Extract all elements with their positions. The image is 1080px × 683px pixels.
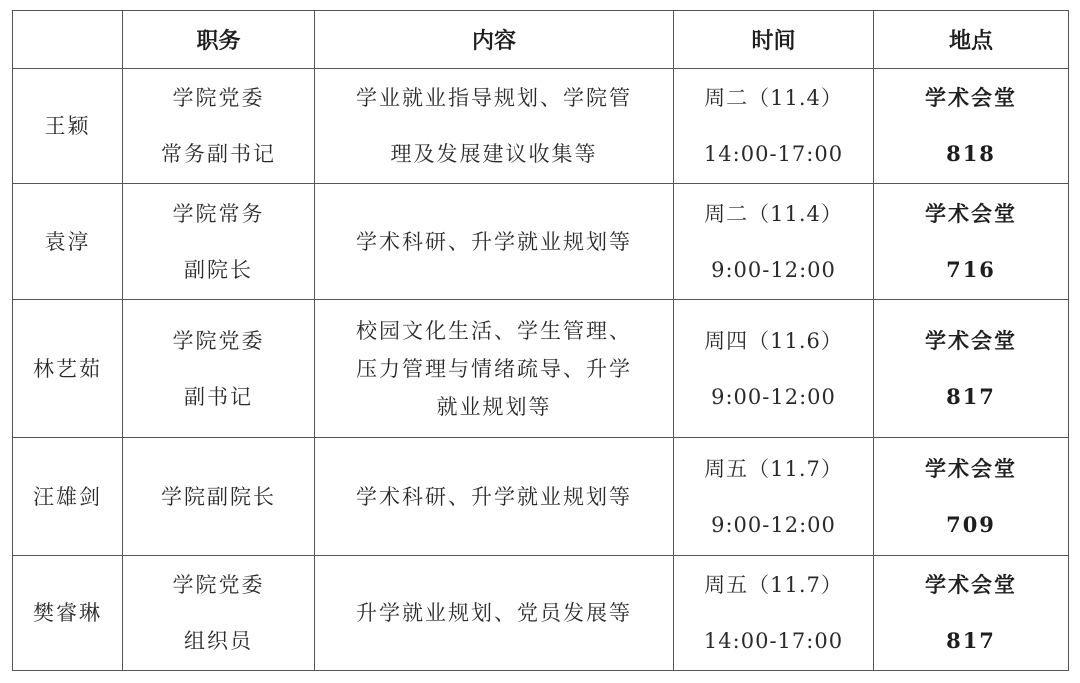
time-range: 14:00-17:00 (674, 126, 873, 182)
content-line: 学术科研、升学就业规划等 (321, 478, 667, 516)
cell-content: 学业就业指导规划、学院管 理及发展建议收集等 (315, 69, 674, 184)
content-line: 压力管理与情绪疏导、升学 (321, 350, 667, 388)
header-content: 内容 (315, 11, 674, 69)
time-day: 周五（11.7） (674, 441, 873, 497)
content-line: 就业规划等 (321, 388, 667, 426)
table-row: 樊睿琳 学院党委 组织员 升学就业规划、党员发展等 周五（11.7） 14:00… (13, 556, 1069, 671)
cell-time: 周四（11.6） 9:00-12:00 (674, 300, 874, 438)
time-range: 9:00-12:00 (674, 242, 873, 298)
location-room: 818 (874, 126, 1068, 182)
location-room: 817 (874, 613, 1068, 669)
time-day: 周五（11.7） (674, 557, 873, 613)
position-line: 副书记 (123, 369, 314, 425)
cell-content: 学术科研、升学就业规划等 (315, 184, 674, 300)
cell-position: 学院副院长 (123, 438, 315, 556)
position-line: 学院党委 (123, 313, 314, 369)
cell-content: 校园文化生活、学生管理、 压力管理与情绪疏导、升学 就业规划等 (315, 300, 674, 438)
cell-location: 学术会堂 817 (874, 300, 1069, 438)
time-range: 9:00-12:00 (674, 369, 873, 425)
time-day: 周四（11.6） (674, 313, 873, 369)
content-line: 升学就业规划、党员发展等 (321, 594, 667, 632)
cell-location: 学术会堂 818 (874, 69, 1069, 184)
header-position: 职务 (123, 11, 315, 69)
cell-time: 周二（11.4） 14:00-17:00 (674, 69, 874, 184)
cell-time: 周五（11.7） 9:00-12:00 (674, 438, 874, 556)
table-row: 王颖 学院党委 常务副书记 学业就业指导规划、学院管 理及发展建议收集等 周二（… (13, 69, 1069, 184)
location-building: 学术会堂 (874, 186, 1068, 242)
location-room: 716 (874, 242, 1068, 298)
location-room: 709 (874, 497, 1068, 553)
cell-position: 学院常务 副院长 (123, 184, 315, 300)
position-line: 学院党委 (123, 557, 314, 613)
location-building: 学术会堂 (874, 313, 1068, 369)
header-name (13, 11, 123, 69)
position-line: 常务副书记 (123, 126, 314, 182)
cell-name: 樊睿琳 (13, 556, 123, 671)
position-line: 学院党委 (123, 70, 314, 126)
cell-name: 袁淳 (13, 184, 123, 300)
cell-position: 学院党委 组织员 (123, 556, 315, 671)
cell-time: 周五（11.7） 14:00-17:00 (674, 556, 874, 671)
cell-location: 学术会堂 709 (874, 438, 1069, 556)
header-time: 时间 (674, 11, 874, 69)
location-building: 学术会堂 (874, 441, 1068, 497)
schedule-table: 职务 内容 时间 地点 王颖 学院党委 常务副书记 学业就业指导规划、学院管 理… (12, 10, 1069, 671)
position-line: 组织员 (123, 613, 314, 669)
content-line: 学术科研、升学就业规划等 (321, 223, 667, 261)
time-range: 14:00-17:00 (674, 613, 873, 669)
table-row: 林艺茹 学院党委 副书记 校园文化生活、学生管理、 压力管理与情绪疏导、升学 就… (13, 300, 1069, 438)
cell-name: 林艺茹 (13, 300, 123, 438)
content-line: 学业就业指导规划、学院管 (321, 70, 667, 126)
header-row: 职务 内容 时间 地点 (13, 11, 1069, 69)
cell-content: 学术科研、升学就业规划等 (315, 438, 674, 556)
position-line: 副院长 (123, 242, 314, 298)
cell-position: 学院党委 常务副书记 (123, 69, 315, 184)
time-day: 周二（11.4） (674, 70, 873, 126)
time-day: 周二（11.4） (674, 186, 873, 242)
table-row: 袁淳 学院常务 副院长 学术科研、升学就业规划等 周二（11.4） 9:00-1… (13, 184, 1069, 300)
header-location: 地点 (874, 11, 1069, 69)
position-line: 学院副院长 (123, 469, 314, 525)
cell-time: 周二（11.4） 9:00-12:00 (674, 184, 874, 300)
location-building: 学术会堂 (874, 557, 1068, 613)
cell-name: 汪雄剑 (13, 438, 123, 556)
position-line: 学院常务 (123, 186, 314, 242)
cell-position: 学院党委 副书记 (123, 300, 315, 438)
cell-content: 升学就业规划、党员发展等 (315, 556, 674, 671)
time-range: 9:00-12:00 (674, 497, 873, 553)
content-line: 校园文化生活、学生管理、 (321, 312, 667, 350)
location-building: 学术会堂 (874, 70, 1068, 126)
cell-location: 学术会堂 817 (874, 556, 1069, 671)
cell-name: 王颖 (13, 69, 123, 184)
location-room: 817 (874, 369, 1068, 425)
content-line: 理及发展建议收集等 (321, 126, 667, 182)
cell-location: 学术会堂 716 (874, 184, 1069, 300)
table-row: 汪雄剑 学院副院长 学术科研、升学就业规划等 周五（11.7） 9:00-12:… (13, 438, 1069, 556)
